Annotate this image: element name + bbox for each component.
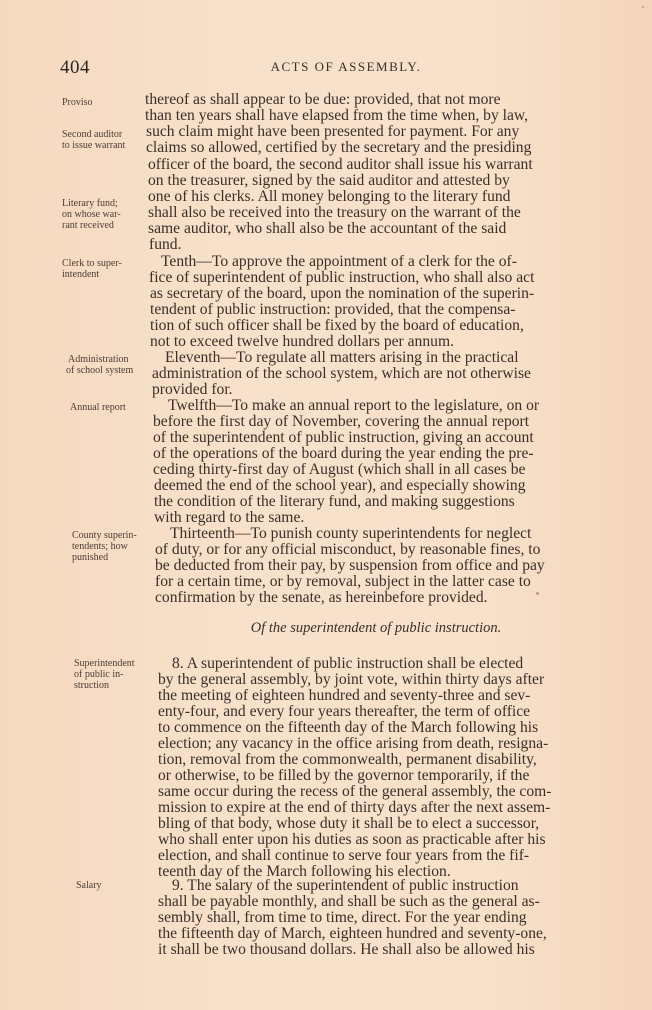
text-line: it shall be two thousand dollars. He sha… — [158, 942, 535, 958]
margin-note-line: Literary fund; — [62, 198, 121, 209]
paper-speck — [642, 6, 644, 8]
text-line: fund. — [149, 237, 181, 253]
text-line: before the first day of November, coveri… — [153, 414, 529, 430]
margin-note-administration: Administration of school system — [68, 354, 133, 376]
text-line: provided for. — [152, 382, 233, 398]
margin-note-line: Salary — [76, 880, 102, 891]
text-line: not to exceed twelve hundred dollars per… — [150, 334, 454, 350]
text-line: on the treasurer, signed by the said aud… — [148, 173, 510, 189]
margin-note-line: struction — [74, 680, 135, 691]
text-line: with regard to the same. — [154, 510, 304, 526]
text-line: such claim might have been presented for… — [146, 124, 519, 140]
book-page: 404 ACTS OF ASSEMBLY. Proviso Second aud… — [0, 0, 652, 1010]
text-line: bling of that body, whose duty it shall … — [158, 816, 539, 832]
margin-note-line: Clerk to super- — [62, 258, 122, 269]
margin-note-second-auditor: Second auditor to issue warrant — [62, 129, 125, 151]
text-line: tion of such officer shall be fixed by t… — [150, 318, 524, 334]
margin-note-proviso: Proviso — [62, 97, 93, 108]
running-title: ACTS OF ASSEMBLY. — [0, 59, 652, 75]
text-line: shall be payable monthly, and shall be s… — [158, 894, 540, 910]
text-line: 8. A superintendent of public instructio… — [172, 656, 523, 672]
text-line: tendent of public instruction: provided,… — [150, 302, 516, 318]
text-line: administration of the school system, whi… — [152, 366, 531, 382]
text-line: election, and shall continue to serve fo… — [158, 848, 529, 864]
text-line: Tenth—To approve the appointment of a cl… — [161, 254, 517, 270]
text-line: same auditor, who shall also be the acco… — [148, 221, 506, 237]
text-line: fice of superintendent of public instruc… — [149, 270, 534, 286]
text-line: the fifteenth day of March, eighteen hun… — [158, 926, 547, 942]
margin-note-literary-fund: Literary fund; on whose war- rant receiv… — [62, 198, 121, 231]
paper-speck — [536, 592, 539, 595]
margin-note-line: of public in- — [74, 669, 135, 680]
margin-note-line: County superin- — [72, 530, 137, 541]
text-line: ceding thirty-first day of August (which… — [153, 462, 525, 478]
text-line: Thirteenth—To punish county superintende… — [170, 526, 531, 542]
text-line: shall also be received into the treasury… — [148, 205, 521, 221]
margin-note-line: tendents; how — [72, 541, 137, 552]
margin-note-line: intendent — [62, 269, 122, 280]
text-line: or otherwise, to be filled by the govern… — [158, 768, 529, 784]
text-line: confirmation by the senate, as hereinbef… — [155, 590, 488, 606]
text-line: mission to expire at the end of thirty d… — [158, 800, 550, 816]
margin-note-clerk: Clerk to super- intendent — [62, 258, 122, 280]
text-line: enty-four, and every four years thereaft… — [158, 704, 530, 720]
text-line: as secretary of the board, upon the nomi… — [150, 286, 534, 302]
section-heading: Of the superintendent of public instruct… — [0, 620, 652, 637]
margin-note-line: on whose war- — [62, 209, 121, 220]
text-line: of duty, or for any official misconduct,… — [155, 542, 540, 558]
text-line: claims so allowed, certified by the secr… — [146, 140, 531, 156]
margin-note-superintendent: Superintendent of public in- struction — [74, 658, 135, 691]
text-line: to commence on the fifteenth day of the … — [158, 720, 538, 736]
text-line: be deducted from their pay, by suspensio… — [155, 558, 545, 574]
text-line: who shall enter upon his duties as soon … — [158, 832, 546, 848]
text-line: sembly shall, from time to time, direct.… — [158, 910, 527, 926]
margin-note-annual-report: Annual report — [70, 402, 126, 413]
text-line: for a certain time, or by removal, subje… — [155, 574, 531, 590]
margin-note-line: rant received — [62, 220, 121, 231]
text-line: 9. The salary of the superintendent of p… — [172, 878, 519, 894]
text-line: of the operations of the board during th… — [153, 446, 534, 462]
margin-note-line: Second auditor — [62, 129, 125, 140]
text-line: Eleventh—To regulate all matters arising… — [165, 350, 519, 366]
text-line: the condition of the literary fund, and … — [154, 494, 515, 510]
text-line: by the general assembly, by joint vote, … — [158, 672, 544, 688]
text-line: deemed the end of the school year), and … — [154, 478, 526, 494]
margin-note-line: of school system — [66, 365, 133, 376]
text-line: the meeting of eighteen hundred and seve… — [158, 688, 530, 704]
margin-note-line: Annual report — [70, 402, 126, 413]
text-line: election; any vacancy in the office aris… — [158, 736, 548, 752]
margin-note-line: punished — [72, 552, 137, 563]
text-line: tion, removal from the commonwealth, per… — [158, 752, 537, 768]
margin-note-salary: Salary — [76, 880, 102, 891]
text-line: than ten years shall have elapsed from t… — [145, 108, 528, 124]
margin-note-line: Superintendent — [74, 658, 135, 669]
text-line: Twelfth—To make an annual report to the … — [168, 398, 539, 414]
margin-note-line: Proviso — [62, 97, 93, 108]
margin-note-line: Administration — [68, 354, 133, 365]
margin-note-line: to issue warrant — [62, 140, 125, 151]
text-line: of the superintendent of public instruct… — [153, 430, 534, 446]
text-line: thereof as shall appear to be due: provi… — [145, 92, 501, 108]
text-line: same occur during the recess of the gene… — [158, 784, 551, 800]
margin-note-county-superintendents: County superin- tendents; how punished — [72, 530, 137, 563]
text-line: one of his clerks. All money belonging t… — [148, 189, 510, 205]
text-line: officer of the board, the second auditor… — [148, 157, 533, 173]
